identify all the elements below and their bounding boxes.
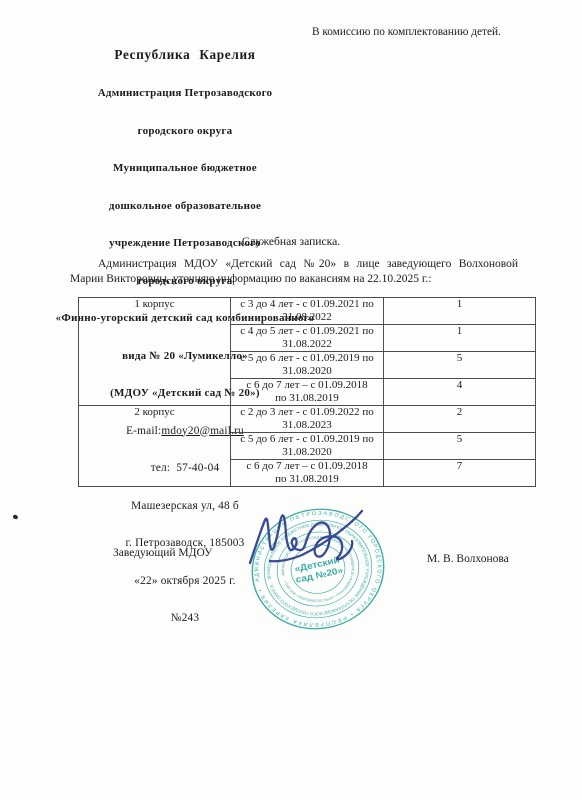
table-cell-count: 1 — [384, 325, 536, 352]
signer-position-label: Заведующий МДОУ — [113, 547, 212, 559]
table-row: 1 корпус с 3 до 4 лет - с 01.09.2021 по … — [79, 298, 536, 325]
table-cell-age-range: с 5 до 6 лет - с 01.09.2019 по 31.08.202… — [231, 433, 384, 460]
age-range-line: с 5 до 6 лет - с 01.09.2019 по — [231, 433, 383, 446]
table-cell-count: 4 — [384, 379, 536, 406]
letterhead-line: городского округа — [28, 125, 342, 138]
handwritten-signature — [240, 503, 380, 573]
age-range-line: с 4 до 5 лет - с 01.09.2021 по — [231, 325, 383, 338]
age-range-line: по 31.08.2019 — [231, 473, 383, 486]
table-cell-age-range: с 6 до 7 лет – с 01.09.2018 по 31.08.201… — [231, 379, 384, 406]
age-range-line: с 2 до 3 лет - с 01.09.2022 по — [231, 406, 383, 419]
letterhead-line: Муниципальное бюджетное — [28, 162, 342, 175]
age-range-line: с 3 до 4 лет - с 01.09.2021 по — [231, 298, 383, 311]
table-cell-age-range: с 5 до 6 лет - с 01.09.2019 по 31.08.202… — [231, 352, 384, 379]
age-range-line: по 31.08.2019 — [231, 392, 383, 405]
table-cell-age-range: с 2 до 3 лет - с 01.09.2022 по 31.08.202… — [231, 406, 384, 433]
table-cell-count: 5 — [384, 433, 536, 460]
age-range-line: 31.08.2022 — [231, 311, 383, 324]
table-cell-age-range: с 4 до 5 лет - с 01.09.2021 по 31.08.202… — [231, 325, 384, 352]
age-range-line: 31.08.2020 — [231, 365, 383, 378]
age-range-line: с 6 до 7 лет – с 01.09.2018 — [231, 460, 383, 473]
table-cell-age-range: с 3 до 4 лет - с 01.09.2021 по 31.08.202… — [231, 298, 384, 325]
signer-name: М. В. Волхонова — [427, 553, 509, 565]
table-cell-count: 7 — [384, 460, 536, 487]
memo-line: Марии Викторовны, уточняю информацию по … — [70, 272, 518, 287]
age-range-line: с 5 до 6 лет - с 01.09.2019 по — [231, 352, 383, 365]
table-cell-count: 2 — [384, 406, 536, 433]
memo-line: Администрация МДОУ «Детский сад №20» в л… — [70, 257, 518, 272]
document-title: Служебная записка. — [0, 235, 582, 248]
scanned-memo-page: Республика Карелия Администрация Петроза… — [0, 0, 582, 800]
memo-paragraph: Администрация МДОУ «Детский сад №20» в л… — [70, 257, 518, 288]
addressee-line: В комиссию по комплектованию детей. — [312, 26, 501, 38]
letterhead-region: Республика Карелия — [28, 48, 342, 62]
table-cell-building: 2 корпус — [79, 406, 231, 487]
table-cell-age-range: с 6 до 7 лет – с 01.09.2018 по 31.08.201… — [231, 460, 384, 487]
age-range-line: с 6 до 7 лет – с 01.09.2018 — [231, 379, 383, 392]
letterhead-line: Администрация Петрозаводского — [28, 87, 342, 100]
table-row: 2 корпус с 2 до 3 лет - с 01.09.2022 по … — [79, 406, 536, 433]
table-cell-building: 1 корпус — [79, 298, 231, 406]
table-cell-count: 5 — [384, 352, 536, 379]
letterhead-line: дошкольное образовательное — [28, 200, 342, 213]
age-range-line: 31.08.2022 — [231, 338, 383, 351]
scan-speck — [12, 514, 18, 519]
vacancies-table: 1 корпус с 3 до 4 лет - с 01.09.2021 по … — [78, 297, 536, 487]
age-range-line: 31.08.2020 — [231, 446, 383, 459]
age-range-line: 31.08.2023 — [231, 419, 383, 432]
table-cell-count: 1 — [384, 298, 536, 325]
